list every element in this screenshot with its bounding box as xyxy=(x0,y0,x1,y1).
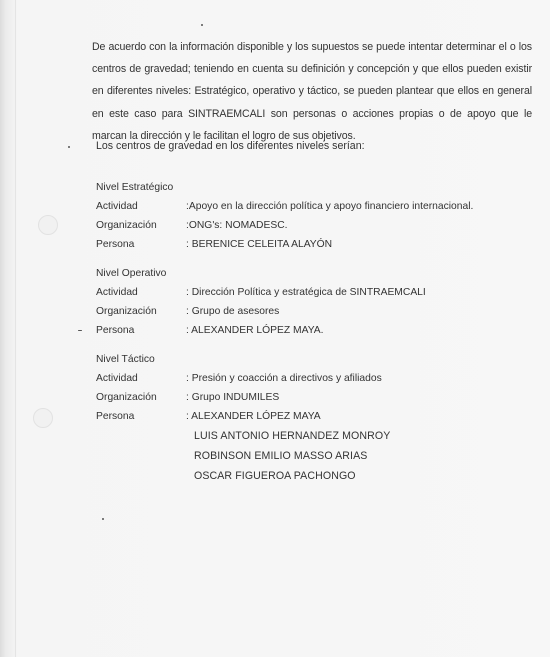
persona-value: : ALEXANDER LÓPEZ MAYA. xyxy=(186,321,324,340)
persona-label: Persona xyxy=(96,235,186,254)
intro-paragraph: De acuerdo con la información disponible… xyxy=(92,36,532,147)
actividad-label: Actividad xyxy=(96,369,186,388)
levels-intro: Los centros de gravedad en los diferente… xyxy=(96,140,365,152)
organizacion-row: Organización : Grupo de asesores xyxy=(96,302,426,321)
level-operational: Nivel Operativo Actividad : Dirección Po… xyxy=(96,264,426,340)
organizacion-label: Organización xyxy=(96,388,186,407)
person-name: ROBINSON EMILIO MASSO ARIAS xyxy=(194,446,390,466)
persona-row: Persona : ALEXANDER LÓPEZ MAYA xyxy=(96,407,390,426)
scan-speck xyxy=(78,330,82,331)
persona-label: Persona xyxy=(96,321,186,340)
scan-speck xyxy=(102,518,104,520)
organizacion-row: Organización : Grupo INDUMILES xyxy=(96,388,390,407)
person-name: OSCAR FIGUEROA PACHONGO xyxy=(194,466,390,486)
actividad-value: : Presión y coacción a directivos y afil… xyxy=(186,369,382,388)
scan-speck xyxy=(201,24,203,26)
additional-persons-list: LUIS ANTONIO HERNANDEZ MONROY ROBINSON E… xyxy=(194,426,390,486)
page-edge-shadow xyxy=(15,0,16,657)
persona-value: : BERENICE CELEITA ALAYÓN xyxy=(186,235,332,254)
scanned-page: De acuerdo con la información disponible… xyxy=(0,0,550,657)
level-strategic: Nivel Estratégico Actividad :Apoyo en la… xyxy=(96,178,473,254)
organizacion-value: : Grupo de asesores xyxy=(186,302,279,321)
actividad-value: : Dirección Política y estratégica de SI… xyxy=(186,283,426,302)
level-title: Nivel Operativo xyxy=(96,264,426,283)
level-tactical: Nivel Táctico Actividad : Presión y coac… xyxy=(96,350,390,486)
organizacion-value: :ONG's: NOMADESC. xyxy=(186,216,288,235)
actividad-row: Actividad :Apoyo en la dirección polític… xyxy=(96,197,473,216)
punch-hole-mark-bottom xyxy=(33,408,53,428)
persona-row: Persona : BERENICE CELEITA ALAYÓN xyxy=(96,235,473,254)
persona-label: Persona xyxy=(96,407,186,426)
organizacion-label: Organización xyxy=(96,302,186,321)
organizacion-row: Organización :ONG's: NOMADESC. xyxy=(96,216,473,235)
punch-hole-mark-top xyxy=(38,215,58,235)
organizacion-value: : Grupo INDUMILES xyxy=(186,388,279,407)
actividad-label: Actividad xyxy=(96,197,186,216)
persona-value: : ALEXANDER LÓPEZ MAYA xyxy=(186,407,321,426)
actividad-row: Actividad : Dirección Política y estraté… xyxy=(96,283,426,302)
scan-speck xyxy=(68,146,70,148)
organizacion-label: Organización xyxy=(96,216,186,235)
person-name: LUIS ANTONIO HERNANDEZ MONROY xyxy=(194,426,390,446)
level-title: Nivel Táctico xyxy=(96,350,390,369)
actividad-value: :Apoyo en la dirección política y apoyo … xyxy=(186,197,473,216)
level-title: Nivel Estratégico xyxy=(96,178,473,197)
actividad-label: Actividad xyxy=(96,283,186,302)
persona-row: Persona : ALEXANDER LÓPEZ MAYA. xyxy=(96,321,426,340)
actividad-row: Actividad : Presión y coacción a directi… xyxy=(96,369,390,388)
